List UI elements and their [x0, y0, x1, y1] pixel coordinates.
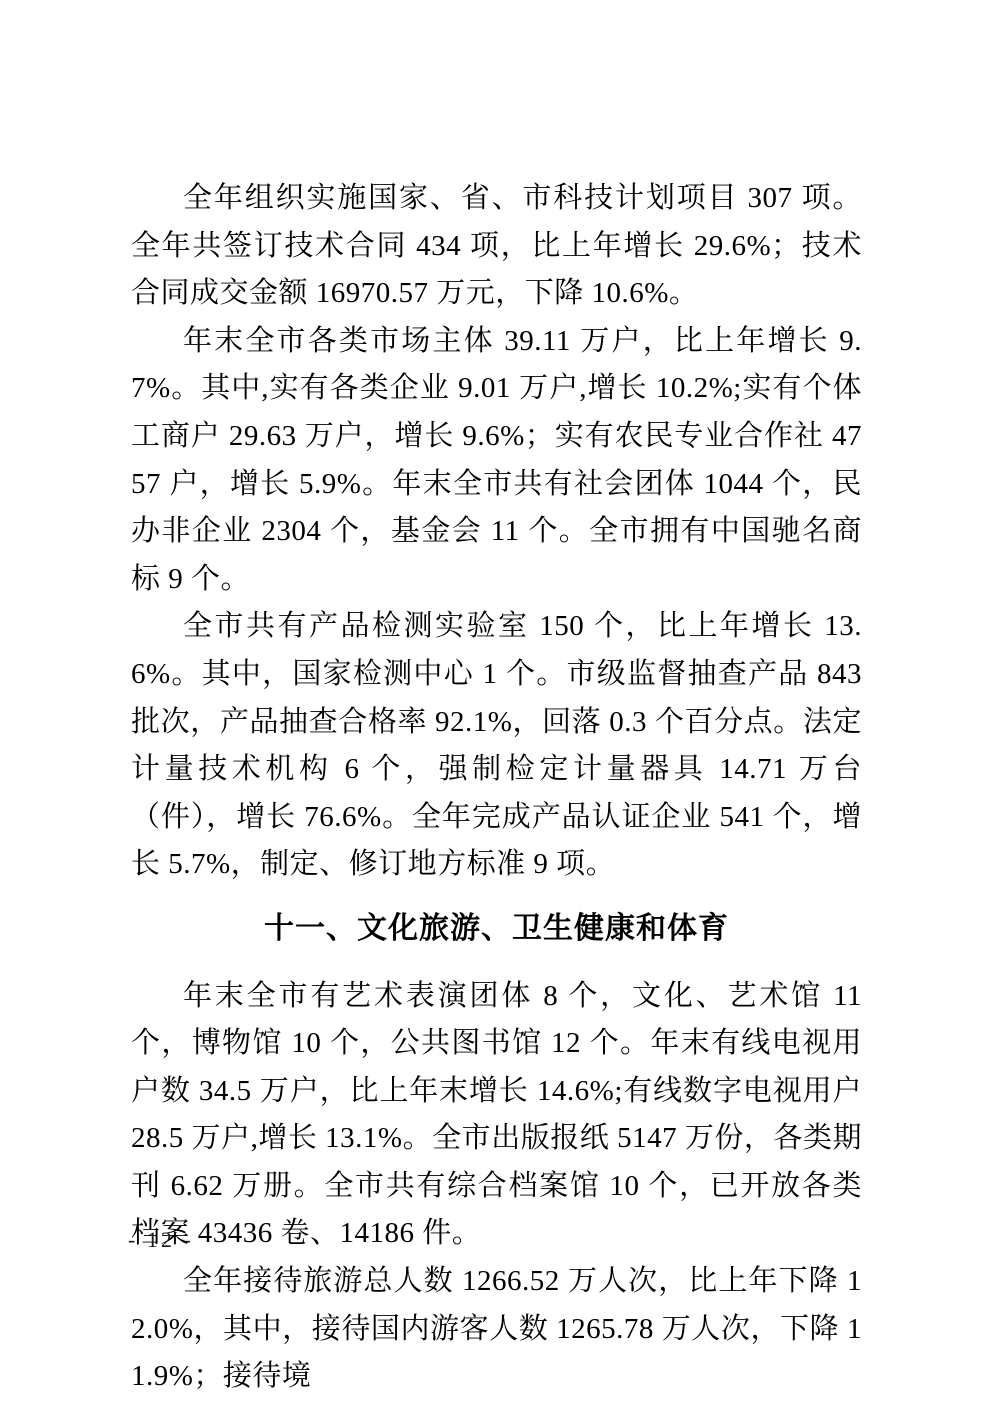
paragraph-tourism-visitors: 全年接待旅游总人数 1266.52 万人次，比上年下降 12.0%，其中，接待国… [131, 1258, 862, 1401]
document-page: 全年组织实施国家、省、市科技计划项目 307 项。全年共签订技术合同 434 项… [0, 0, 992, 1403]
paragraph-market-entities: 年末全市各类市场主体 39.11 万户，比上年增长 9.7%。其中,实有各类企业… [131, 318, 862, 604]
paragraph-culture-media: 年末全市有艺术表演团体 8 个，文化、艺术馆 11 个，博物馆 10 个，公共图… [131, 973, 862, 1259]
section-heading-culture-tourism-health-sports: 十一、文化旅游、卫生健康和体育 [131, 905, 862, 953]
page-number: - 12 - [128, 1226, 194, 1254]
document-body: 全年组织实施国家、省、市科技计划项目 307 项。全年共签订技术合同 434 项… [131, 175, 862, 1401]
paragraph-science-projects: 全年组织实施国家、省、市科技计划项目 307 项。全年共签订技术合同 434 项… [131, 175, 862, 318]
paragraph-product-testing: 全市共有产品检测实验室 150 个，比上年增长 13.6%。其中，国家检测中心 … [131, 603, 862, 889]
